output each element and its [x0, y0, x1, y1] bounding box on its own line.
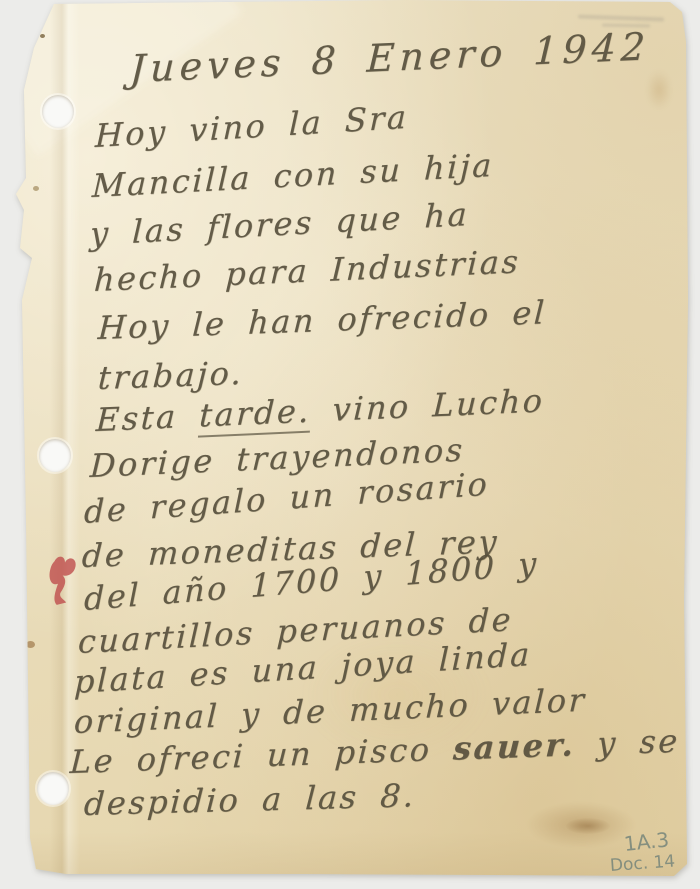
ink-speck — [33, 186, 39, 191]
diary-page: Jueves 8 Enero 1942 Hoy vino la Sra Manc… — [6, 0, 690, 878]
underlined-word: tarde. — [198, 392, 312, 438]
handwritten-line: hecho para Industrias — [93, 245, 521, 296]
scanned-document: Jueves 8 Enero 1942 Hoy vino la Sra Manc… — [0, 0, 700, 889]
line-text: y se — [575, 722, 681, 764]
bottom-age-band — [6, 832, 690, 878]
handwritten-line: Hoy le han ofrecido el — [97, 296, 547, 344]
overwritten-word: sauer. — [452, 725, 576, 767]
ink-speck — [26, 641, 35, 648]
handwritten-line: Mancilla con su hija — [91, 149, 494, 202]
handwritten-line: y las flores que ha — [89, 198, 469, 250]
paper-shadow-wrapper: Jueves 8 Enero 1942 Hoy vino la Sra Manc… — [0, 0, 700, 889]
handwritten-line: Hoy vino la Sra — [95, 101, 409, 152]
punch-hole — [42, 95, 74, 128]
foxing-stain — [646, 70, 672, 110]
punch-hole — [39, 439, 71, 472]
line-text: vino Lucho — [310, 381, 545, 429]
line-text: Esta — [95, 396, 200, 439]
handwritten-line: trabajo. — [97, 357, 244, 394]
punch-hole — [37, 772, 69, 805]
red-crayon-mark — [44, 552, 86, 606]
erased-pencil-marks — [578, 15, 664, 22]
handwritten-line: despidio a las 8. — [83, 779, 417, 820]
